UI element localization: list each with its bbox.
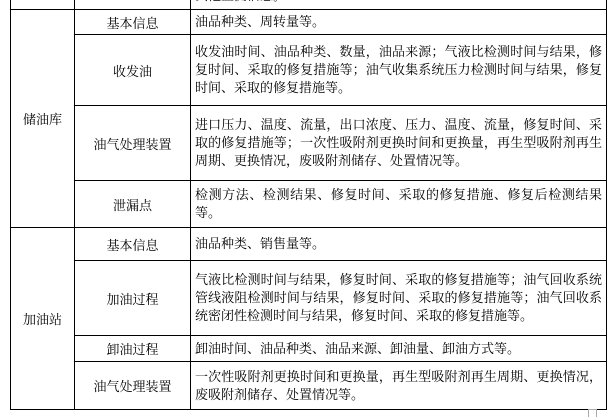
item-cell-empty [75,0,191,10]
content-cell: 收发油时间、油品种类、数量，油品来源；气液比检测时间与结果，修复时间、采取的修复… [191,35,607,106]
content-cell: 油品种类、周转量等。 [191,10,607,35]
content-cell: 检测方法、检测结果、修复时间、采取的修复措施、修复后检测结果等。 [191,181,607,228]
item-cell: 油气处理装置 [75,362,191,410]
table-row: 泄漏点 检测方法、检测结果、修复时间、采取的修复措施、修复后检测结果等。 [11,181,607,228]
table-resize-handle-icon[interactable] [588,409,597,417]
item-cell: 卸油过程 [75,336,191,362]
table-row: 油气处理装置 一次性吸附剂更换时间和更换量，再生型吸附剂再生周期、更换情况，废吸… [11,362,607,410]
clipped-table-row: 其他监测信息。 [11,0,607,10]
item-cell: 基本信息 [75,10,191,35]
table-row: 储油库 基本信息 油品种类、周转量等。 [11,10,607,35]
clipped-text: 其他监测信息。 [195,0,602,9]
clipped-text-fragment: 其他监测信息。 [195,0,286,4]
content-cell: 气液比检测时间与结果，修复时间、采取的修复措施等；油气回收系统管线液阻检测时间与… [191,261,607,336]
content-cell: 一次性吸附剂更换时间和更换量，再生型吸附剂再生周期、更换情况，废吸附剂储存、处置… [191,362,607,410]
content-cell: 进口压力、温度、流量，出口浓度、压力、温度、流量，修复时间、采取的修复措施等；一… [191,106,607,181]
document-page: 其他监测信息。 储油库 基本信息 油品种类、周转量等。 收发油 收发油时间、油品… [0,0,612,417]
category-cell-empty [11,0,75,10]
table-row: 加油过程 气液比检测时间与结果，修复时间、采取的修复措施等；油气回收系统管线液阻… [11,261,607,336]
record-content-table: 其他监测信息。 储油库 基本信息 油品种类、周转量等。 收发油 收发油时间、油品… [10,0,607,410]
table-row: 收发油 收发油时间、油品种类、数量，油品来源；气液比检测时间与结果，修复时间、采… [11,35,607,106]
item-cell: 油气处理装置 [75,106,191,181]
table-row: 加油站 基本信息 油品种类、销售量等。 [11,228,607,261]
category-cell-oil-depot: 储油库 [11,10,75,228]
item-cell: 收发油 [75,35,191,106]
item-cell: 加油过程 [75,261,191,336]
item-cell: 基本信息 [75,228,191,261]
table-row: 油气处理装置 进口压力、温度、流量，出口浓度、压力、温度、流量，修复时间、采取的… [11,106,607,181]
content-cell: 卸油时间、油品种类、油品来源、卸油量、卸油方式等。 [191,336,607,362]
item-cell: 泄漏点 [75,181,191,228]
content-cell: 油品种类、销售量等。 [191,228,607,261]
clipped-content-cell: 其他监测信息。 [191,0,607,10]
category-cell-gas-station: 加油站 [11,228,75,410]
table-row: 卸油过程 卸油时间、油品种类、油品来源、卸油量、卸油方式等。 [11,336,607,362]
